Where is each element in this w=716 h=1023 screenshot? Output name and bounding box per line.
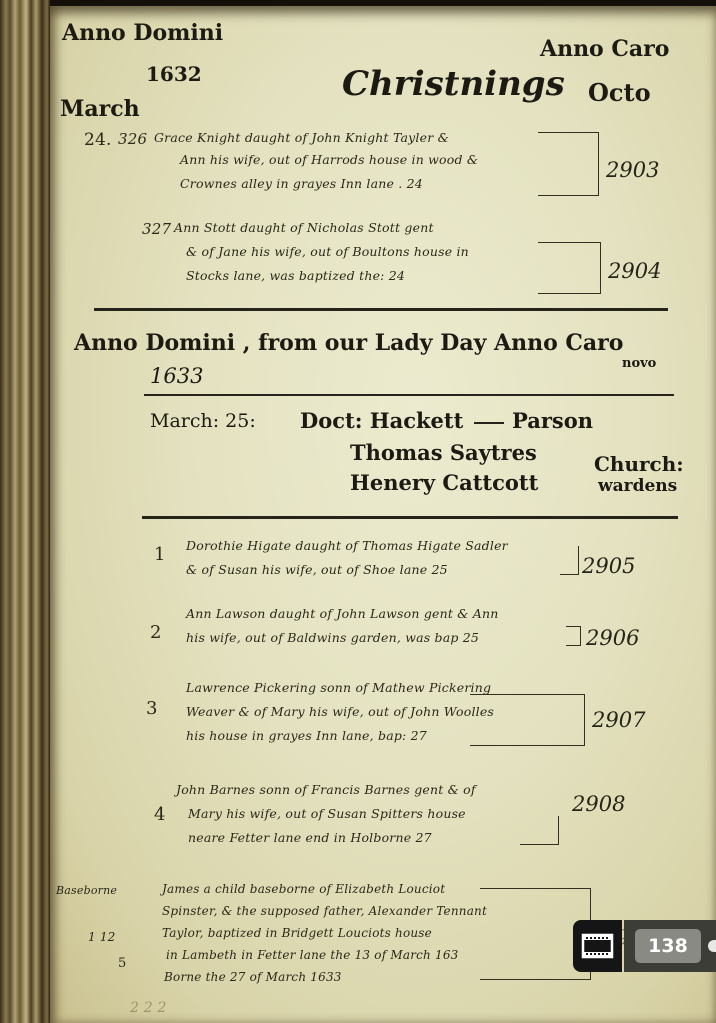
entry-bracket [566,626,581,646]
entry-number: 2 [150,622,162,643]
register-number: 2907 [592,708,645,732]
officers-date: March: 25: [150,410,256,432]
header-christnings: Christnings [342,64,565,104]
header-octo: Octo [588,78,651,107]
churchwardens-label-2: wardens [598,476,677,496]
dash [474,422,504,424]
more-indicator-icon [708,940,716,952]
entry-line: neare Fetter lane end in Holborne 27 [188,830,432,845]
entry-line: Borne the 27 of March 1633 [164,970,342,984]
churchwarden-1: Thomas Saytres [350,440,537,465]
entry-number: 327 [142,220,171,238]
entry-line: John Barnes sonn of Francis Barnes gent … [176,782,476,797]
page-counter: 138 [624,920,716,972]
churchwarden-2: Henery Cattcott [350,470,538,495]
entry-bracket [520,816,559,845]
entry-number: 1 [154,544,166,565]
entry-line: James a child baseborne of Elizabeth Lou… [162,882,445,896]
entry-line: Crownes alley in grayes Inn lane . 24 [180,176,423,191]
parson-role: Parson [512,408,593,433]
section-underline [144,394,674,396]
entry-line: Lawrence Pickering sonn of Mathew Picker… [186,680,491,695]
section-heading: Anno Domini , from our Lady Day Anno Car… [74,330,623,356]
entry-number: 3 [146,698,158,719]
entry-line: his house in grayes Inn lane, bap: 27 [186,728,427,743]
section-divider [94,308,668,311]
entry-bracket [538,242,601,294]
parson-name: Doct: Hackett [300,408,463,433]
entry-line: Taylor, baptized in Bridgett Louciots ho… [162,926,432,940]
entry-line: Dorothie Higate daught of Thomas Higate … [186,538,508,553]
entry-line: Ann his wife, out of Harrods house in wo… [180,152,478,167]
entry-bracket [560,546,579,575]
register-number: 2908 [572,792,625,816]
entry-bracket [470,694,585,746]
entry-line: Stocks lane, was baptized the: 24 [186,268,405,283]
section-heading-novo: novo [622,356,656,371]
register-number: 2905 [582,554,635,578]
register-number: 2903 [606,158,659,182]
header-anno-domini: Anno Domini [62,20,223,46]
entry-day: 24. [84,130,112,150]
media-type-button[interactable] [573,920,622,972]
entry-number: 4 [154,804,166,825]
entry-line: Weaver & of Mary his wife, out of John W… [186,704,494,719]
entry-line: his wife, out of Baldwins garden, was ba… [186,630,479,645]
entry-line: Ann Lawson daught of John Lawson gent & … [186,606,499,621]
side-mark: 1 12 [88,930,116,944]
entry-bracket [538,132,599,196]
register-page: Anno Domini 1632 Christnings Anno Caro O… [50,6,716,1023]
page-number-badge[interactable]: 138 [635,929,701,963]
section-year: 1633 [150,364,203,388]
entry-line: Grace Knight daught of John Knight Tayle… [154,130,449,145]
churchwardens-label-1: Church: [594,452,684,476]
entry-line: Mary his wife, out of Susan Spitters hou… [188,806,466,821]
header-year: 1632 [146,62,202,86]
viewer-overlay: 138 [573,920,716,972]
margin-note-baseborne: Baseborne [56,884,117,897]
section-divider [142,516,678,519]
book-spine-page-edges [0,0,50,1023]
entry-line: & of Jane his wife, out of Boultons hous… [186,244,469,259]
entry-number: 5 [118,956,126,971]
header-anno-caro: Anno Caro [540,36,669,62]
month-label: March [60,96,140,122]
entry-line: in Lambeth in Fetter lane the 13 of Marc… [166,948,459,962]
entry-line: Spinster, & the supposed father, Alexand… [162,904,487,918]
register-number: 2904 [608,259,661,283]
entry-number: 326 [118,130,147,148]
faint-bottom-text: 2 2 2 [130,1000,167,1016]
entry-line: Ann Stott daught of Nicholas Stott gent [174,220,434,235]
film-strip-icon [573,920,622,972]
register-number: 2906 [586,626,639,650]
entry-line: & of Susan his wife, out of Shoe lane 25 [186,562,448,577]
